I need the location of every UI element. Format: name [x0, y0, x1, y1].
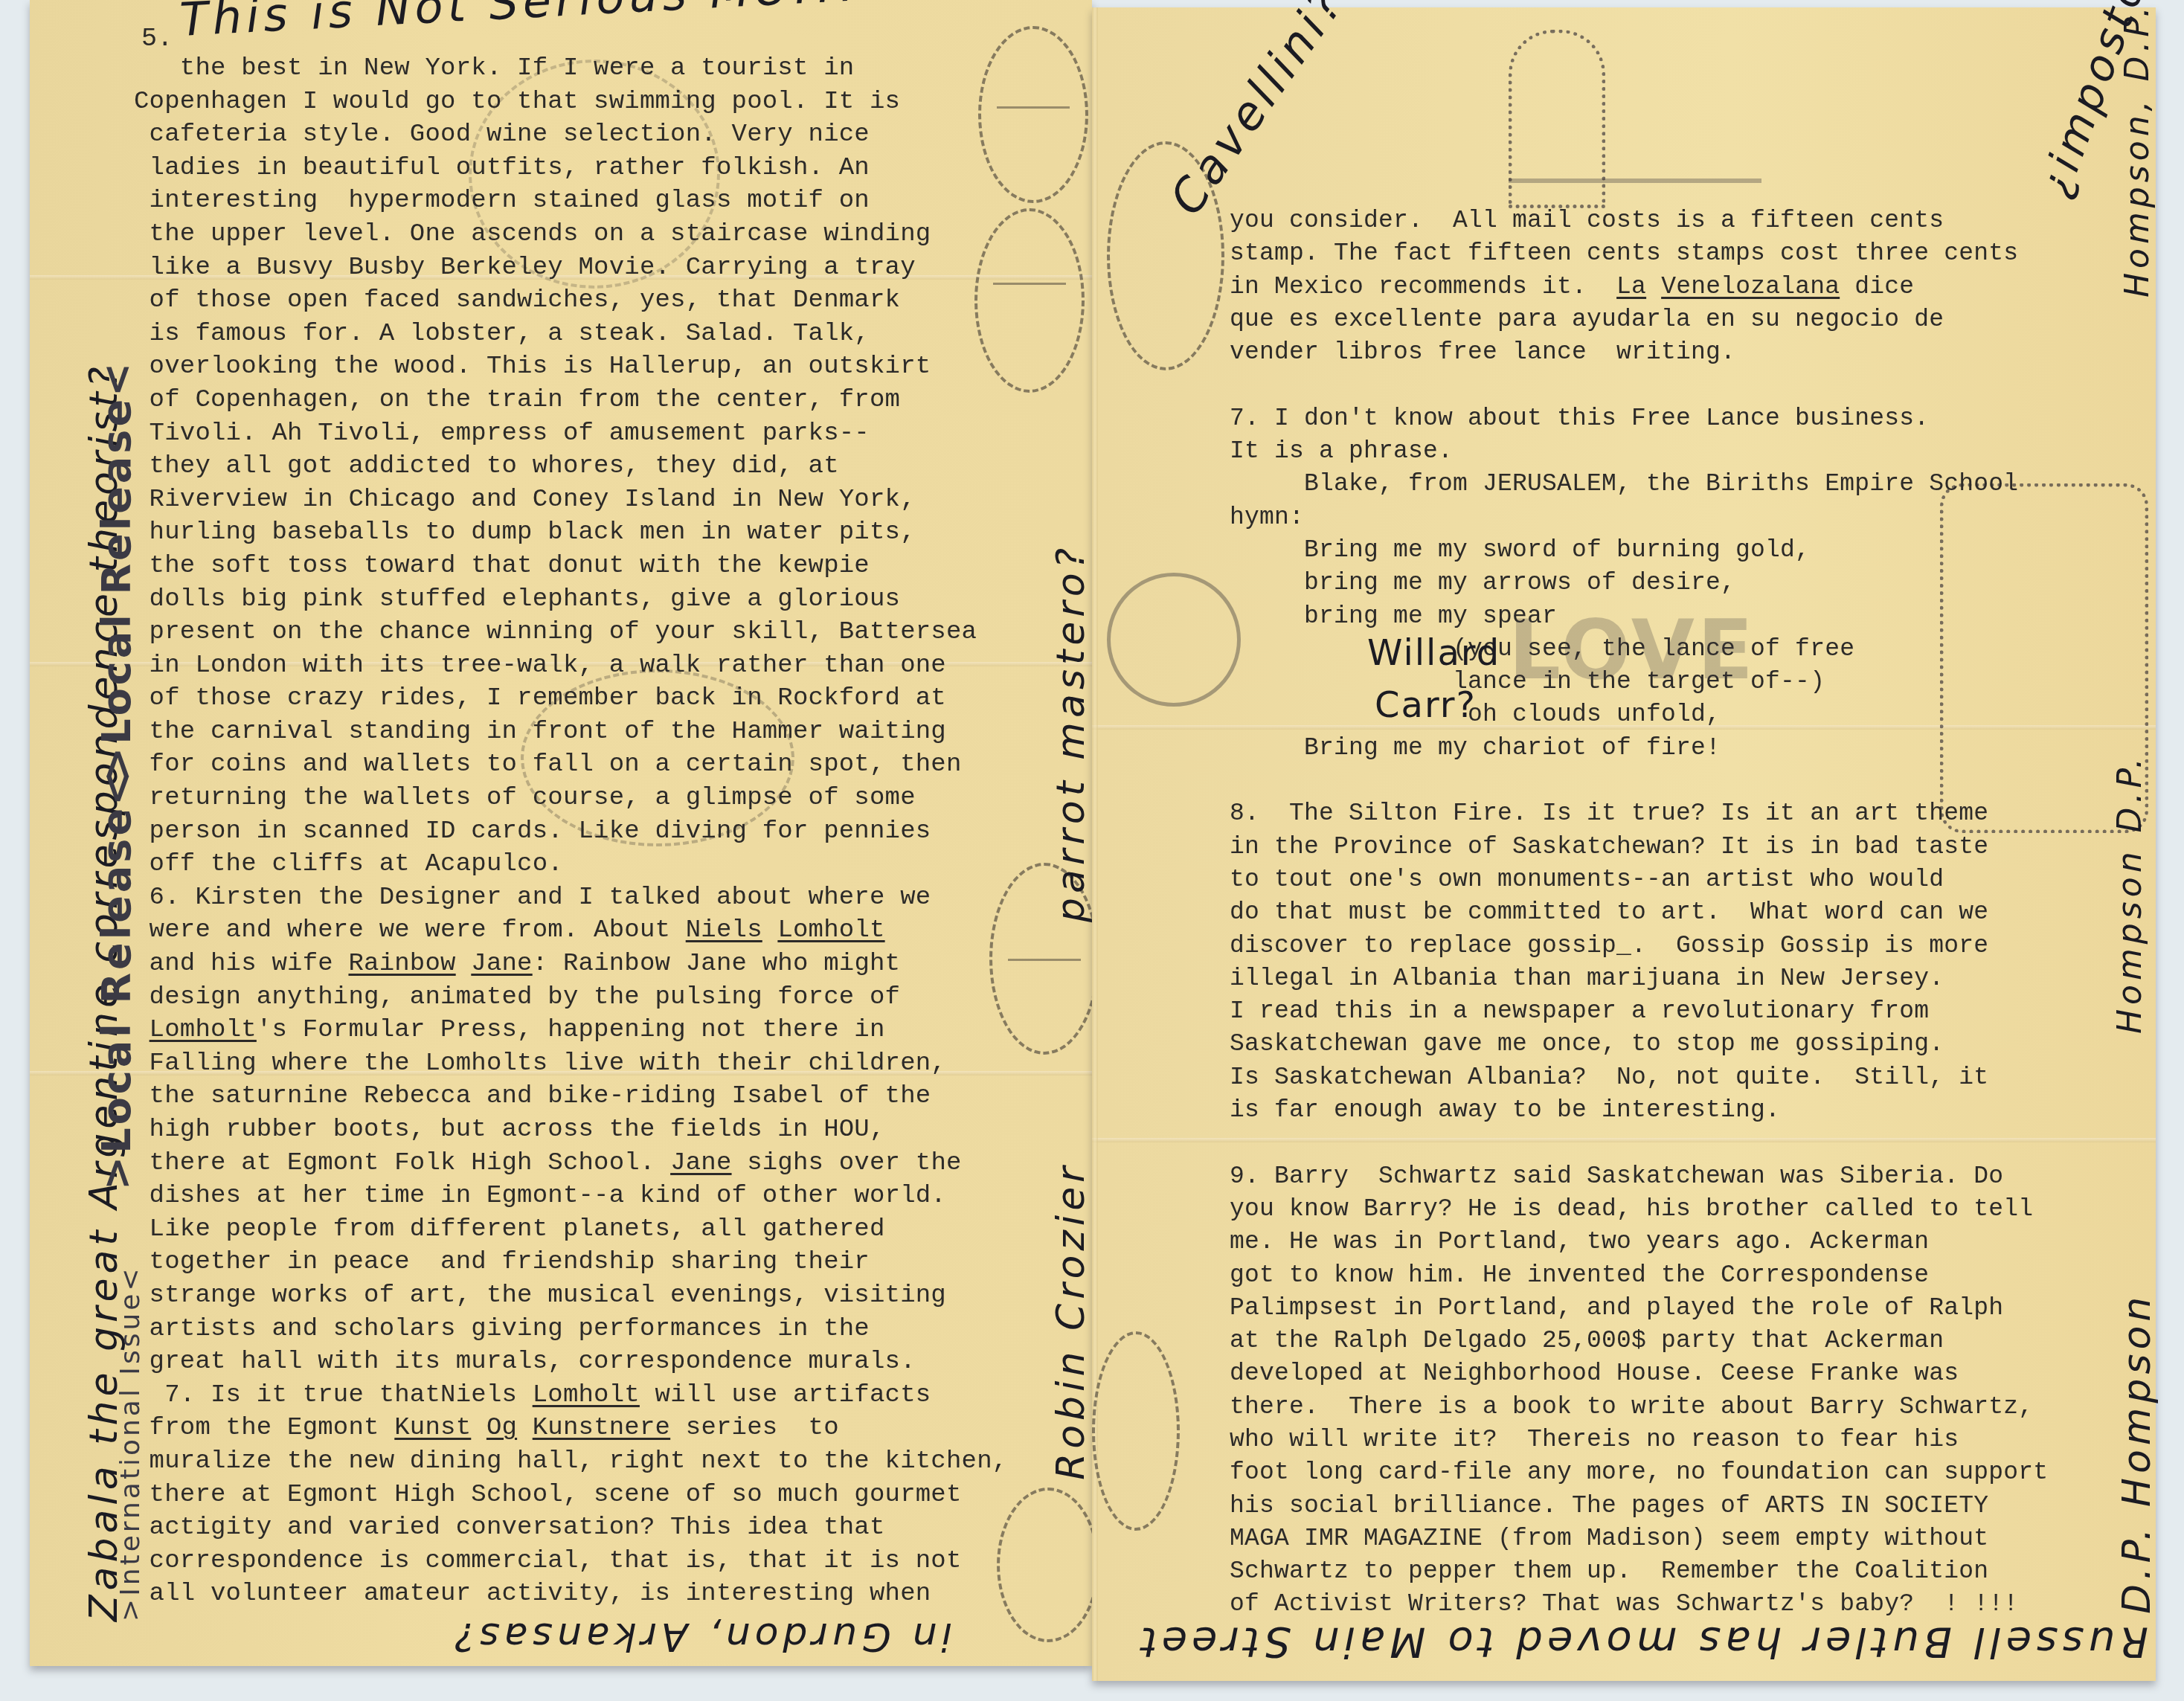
typed-line: high rubber boots, but across the fields… — [134, 1113, 1007, 1147]
right-page: Cavellini? ¿impostor? you consider. All … — [1092, 7, 2156, 1681]
typed-line: you know Barry? He is dead, his brother … — [1230, 1193, 2048, 1226]
margin-note-robin: Robin Crozier — [1049, 1162, 1093, 1480]
typed-line — [1230, 369, 2048, 402]
typed-line: Blake, from JERUSALEM, the Biriths Empir… — [1230, 468, 2048, 501]
typed-line: Palimpsest in Portland, and played the r… — [1230, 1292, 2048, 1325]
typed-line: Schwartz to pepper them up. Remember the… — [1230, 1555, 2048, 1588]
typed-line: 7. I don't know about this Free Lance bu… — [1230, 402, 2048, 435]
typed-line: together in peace and friendship sharing… — [134, 1246, 1007, 1279]
postmark-stamp — [1092, 1331, 1180, 1531]
typed-line: who will write it? Thereis no reason to … — [1230, 1424, 2048, 1456]
typed-line: correspondence is commercial, that is, t… — [134, 1545, 1007, 1578]
typed-line: illegal in Albania than marijuana in New… — [1230, 962, 2048, 995]
building-stamp — [1509, 119, 1761, 183]
upside-down-note: in Gurdon, Arkansas? — [450, 1614, 952, 1659]
typed-line: I read this in a newspaper a revolutiona… — [1230, 995, 2048, 1028]
typed-line: is famous for. A lobster, a steak. Salad… — [134, 318, 1007, 351]
right-body-text: you consider. All mail costs is a fiftee… — [1230, 205, 2048, 1621]
typed-line: hymn: — [1230, 501, 2048, 534]
typed-line: overlooking the wood. This is Hallerup, … — [134, 350, 1007, 384]
underlined-term: Rainbow — [348, 950, 455, 978]
stamp-local-release: >Local Release< — [93, 769, 140, 1190]
love-stamp: LOVE — [1509, 602, 1756, 698]
typed-line: artists and scholars giving performances… — [134, 1313, 1007, 1346]
typed-line — [1230, 1127, 2048, 1160]
typed-line: It is a phrase. — [1230, 435, 2048, 468]
typed-line: dishes at her time in Egmont--a kind of … — [134, 1180, 1007, 1213]
typed-line: vender libros free lance writing. — [1230, 336, 2048, 369]
typed-line: in the Province of Saskatchewan? It is i… — [1230, 831, 2048, 864]
typed-line: 8. The Silton Fire. Is it true? Is it an… — [1230, 797, 2048, 830]
typed-line: the carnival standing in front of the Ha… — [134, 716, 1007, 749]
underlined-term: Jane — [471, 950, 532, 978]
typed-line: stamp. The fact fifteen cents stamps cos… — [1230, 237, 2048, 270]
typed-line: Bring me my sword of burning gold, — [1230, 534, 2048, 567]
typed-line: of Activist Writers? That was Schwartz's… — [1230, 1588, 2048, 1621]
typed-line: foot long card-file any more, no foundat… — [1230, 1456, 2048, 1489]
handwritten-cavellini: Cavellini? — [1159, 0, 1356, 225]
typed-line: hurling baseballs to dump black men in w… — [134, 516, 1007, 550]
underlined-term: Niels — [686, 916, 762, 945]
typed-line: for coins and wallets to fall on a certa… — [134, 748, 1007, 782]
typed-line: cafeteria style. Good wine selection. Ve… — [134, 118, 1007, 152]
typed-line: in Mexico recommends it. La Venelozalana… — [1230, 271, 2048, 303]
typed-line: off the cliffs at Acapulco. — [134, 848, 1007, 881]
underlined-term: Lomholt — [150, 1016, 257, 1044]
typed-line: is far enough away to be interesting. — [1230, 1094, 2048, 1127]
typed-line: do that must be committed to art. What w… — [1230, 896, 2048, 929]
stamp-local-release: >Local Release< — [93, 360, 140, 781]
typed-line: Tivoli. Ah Tivoli, empress of amusement … — [134, 417, 1007, 451]
typed-line: developed at Neighborhood House. Ceese F… — [1230, 1357, 2048, 1390]
typed-line: 9. Barry Schwartz said Saskatchewan was … — [1230, 1160, 2048, 1193]
underlined-term: Jane — [670, 1149, 731, 1177]
typed-line: they all got addicted to whores, they di… — [134, 450, 1007, 483]
margin-note-hompson-2: Hompson D.P. — [2111, 753, 2149, 1034]
typed-line: ladies in beautiful outfits, rather folk… — [134, 152, 1007, 185]
stamp-international-issue: >International Issue< — [115, 1265, 146, 1621]
typed-line: MAGA IMR MAGAZINE (from Madison) seem em… — [1230, 1522, 2048, 1555]
typed-line: interesting hypermodern stained glass mo… — [134, 184, 1007, 218]
portrait-stamp — [1107, 573, 1241, 707]
upside-down-note: Russell Butler has moved to Main Street — [1137, 1618, 2148, 1666]
typed-line: 7. Is it true thatNiels Lomholt will use… — [134, 1379, 1007, 1412]
typed-line: were and where we were from. About Niels… — [134, 914, 1007, 948]
typed-line: dolls big pink stuffed elephants, give a… — [134, 583, 1007, 617]
typed-line: in London with its tree-walk, a walk rat… — [134, 649, 1007, 683]
left-body-text: the best in New York. If I were a touris… — [134, 52, 1007, 1611]
underlined-term: La — [1616, 273, 1646, 300]
typed-line: there. There is a book to write about Ba… — [1230, 1391, 2048, 1424]
typed-line: there at Egmont Folk High School. Jane s… — [134, 1147, 1007, 1180]
underlined-term: Og — [486, 1414, 517, 1442]
underlined-term: Lomholt — [533, 1381, 640, 1409]
underlined-term: Kunst — [394, 1414, 471, 1442]
typed-line: Bring me my chariot of fire! — [1230, 732, 2048, 765]
typed-line: his social brilliance. The pages of ARTS… — [1230, 1490, 2048, 1522]
typed-line: the upper level. One ascends on a stairc… — [134, 218, 1007, 251]
typed-line: muralize the new dining hall, right next… — [134, 1445, 1007, 1479]
typed-line: great hall with its murals, corresponden… — [134, 1345, 1007, 1379]
typed-line: Copenhagen I would go to that swimming p… — [134, 86, 1007, 119]
typed-line: discover to replace gossip_. Gossip Goss… — [1230, 930, 2048, 962]
typed-line: at the Ralph Delgado 25,000$ party that … — [1230, 1325, 2048, 1357]
typed-line: of Copenhagen, on the train from the cen… — [134, 384, 1007, 417]
handwritten-willard: Willard — [1367, 632, 1500, 674]
typed-line: got to know him. He invented the Corresp… — [1230, 1259, 2048, 1292]
typed-line: the saturnine Rebecca and bike-riding Is… — [134, 1080, 1007, 1113]
typed-line: Falling where the Lomholts live with the… — [134, 1047, 1007, 1081]
typed-line: oh clouds unfold, — [1230, 698, 2048, 731]
typed-line: the best in New York. If I were a touris… — [134, 52, 1007, 86]
typed-line: Like people from different planets, all … — [134, 1213, 1007, 1247]
typed-line: 6. Kirsten the Designer and I talked abo… — [134, 881, 1007, 915]
typed-line: and his wife Rainbow Jane: Rainbow Jane … — [134, 948, 1007, 981]
margin-note-hompson-1: Hompson, D.P.? — [2119, 0, 2156, 298]
typed-line: you consider. All mail costs is a fiftee… — [1230, 205, 2048, 237]
underlined-term: Venelozalana — [1661, 273, 1840, 300]
typed-line: design anything, animated by the pulsing… — [134, 981, 1007, 1015]
underlined-term: Lomholt — [777, 916, 884, 945]
typed-line: me. He was in Portland, two years ago. A… — [1230, 1226, 2048, 1258]
typed-line: returning the wallets of course, a glimp… — [134, 782, 1007, 815]
typed-line: Saskatchewan gave me once, to stop me go… — [1230, 1028, 2048, 1061]
typed-line: que es excellente para ayudarla en su ne… — [1230, 303, 2048, 336]
postmark-stamp — [997, 1488, 1099, 1642]
typed-line: present on the chance winning of your sk… — [134, 616, 1007, 649]
typed-line: there at Egmont High School, scene of so… — [134, 1479, 1007, 1512]
left-page: This is Not Serious MU!!! 5. the best in… — [30, 0, 1092, 1666]
typed-line: of those crazy rides, I remember back in… — [134, 682, 1007, 716]
typed-line: bring me my arrows of desire, — [1230, 567, 2048, 599]
typed-line: from the Egmont Kunst Og Kunstnere serie… — [134, 1412, 1007, 1445]
handwritten-carr: Carr? — [1375, 684, 1477, 726]
margin-note-hompson-3: D.P. Hompson — [2115, 1293, 2159, 1614]
typed-line: Lomholt's Formular Press, happening not … — [134, 1014, 1007, 1047]
typed-line: all volunteer amateur activity, is inter… — [134, 1578, 1007, 1611]
typed-line: person in scanned ID cards. Like diving … — [134, 815, 1007, 849]
typed-line: the soft toss toward that donut with the… — [134, 550, 1007, 583]
margin-note-parrot: parrot mastero? — [1049, 544, 1093, 922]
handwritten-header: This is Not Serious MU!!! — [179, 0, 862, 47]
typed-line — [1230, 765, 2048, 797]
typed-line: to tout one's own monuments--an artist w… — [1230, 864, 2048, 896]
typed-line: Is Saskatchewan Albania? No, not quite. … — [1230, 1061, 2048, 1094]
underlined-term: Kunstnere — [533, 1414, 670, 1442]
typed-line: strange works of art, the musical evenin… — [134, 1279, 1007, 1313]
section-number: 5. — [141, 22, 173, 55]
typed-line: like a Busvy Busby Berkeley Movie. Carry… — [134, 251, 1007, 285]
typed-line: of those open faced sandwiches, yes, tha… — [134, 284, 1007, 318]
typed-line: Riverview in Chicago and Coney Island in… — [134, 483, 1007, 517]
typed-line: actigity and varied conversation? This i… — [134, 1511, 1007, 1545]
